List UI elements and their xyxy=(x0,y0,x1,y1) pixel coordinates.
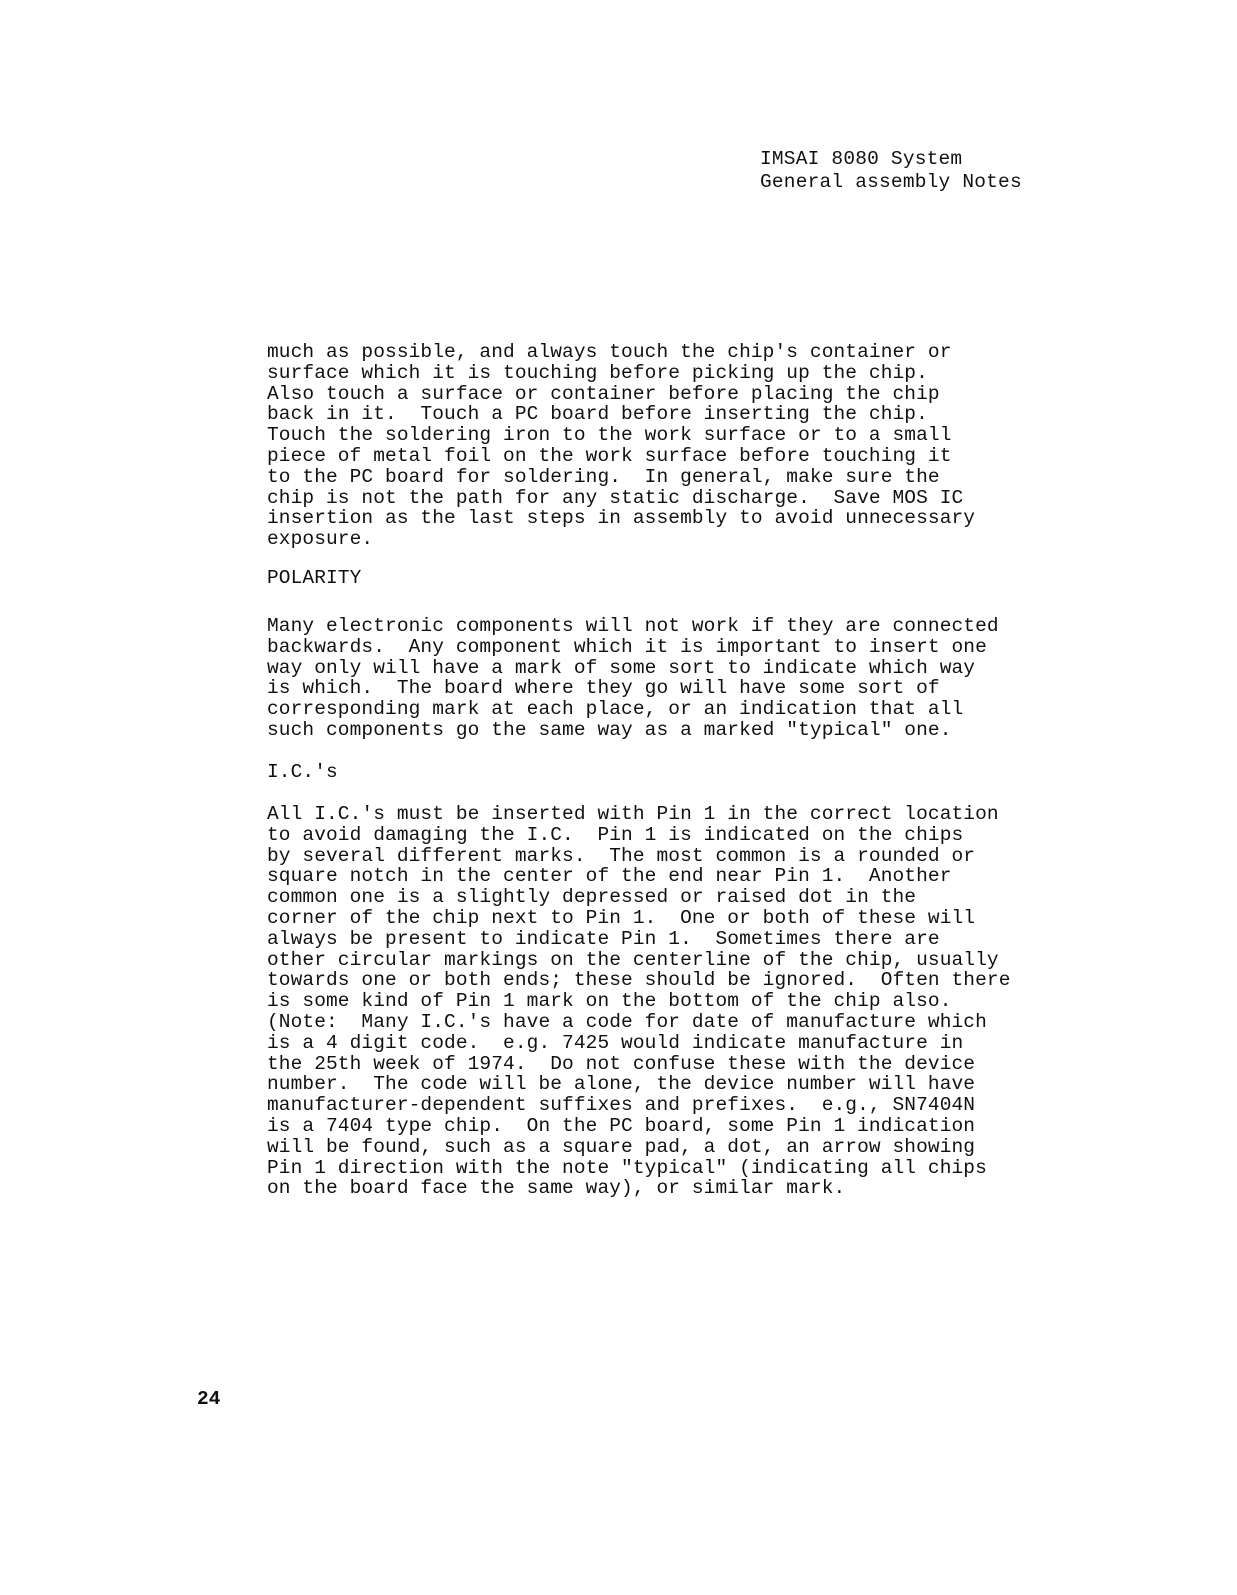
text-line: chip is not the path for any static disc… xyxy=(267,488,975,509)
page-number: 24 xyxy=(197,1388,220,1410)
text-line: Many electronic components will not work… xyxy=(267,616,999,637)
text-line: is a 7404 type chip. On the PC board, so… xyxy=(267,1116,1011,1137)
paragraph-ics: All I.C.'s must be inserted with Pin 1 i… xyxy=(267,804,1011,1199)
text-line: surface which it is touching before pick… xyxy=(267,363,975,384)
text-line: common one is a slightly depressed or ra… xyxy=(267,887,1011,908)
paragraph-polarity: Many electronic components will not work… xyxy=(267,616,999,741)
section-heading-polarity: POLARITY xyxy=(267,568,361,589)
text-line: is a 4 digit code. e.g. 7425 would indic… xyxy=(267,1033,1011,1054)
text-line: to the PC board for soldering. In genera… xyxy=(267,467,975,488)
text-line: manufacturer-dependent suffixes and pref… xyxy=(267,1095,1011,1116)
text-line: way only will have a mark of some sort t… xyxy=(267,658,999,679)
text-line: is some kind of Pin 1 mark on the bottom… xyxy=(267,991,1011,1012)
running-header: IMSAI 8080 System General assembly Notes xyxy=(760,148,1022,194)
text-line: Also touch a surface or container before… xyxy=(267,384,975,405)
paragraph-static-precautions: much as possible, and always touch the c… xyxy=(267,342,975,550)
text-line: the 25th week of 1974. Do not confuse th… xyxy=(267,1054,1011,1075)
text-line: Touch the soldering iron to the work sur… xyxy=(267,425,975,446)
document-page: IMSAI 8080 System General assembly Notes… xyxy=(0,0,1237,1595)
text-line: piece of metal foil on the work surface … xyxy=(267,446,975,467)
text-line: number. The code will be alone, the devi… xyxy=(267,1074,1011,1095)
text-line: other circular markings on the centerlin… xyxy=(267,950,1011,971)
text-line: to avoid damaging the I.C. Pin 1 is indi… xyxy=(267,825,1011,846)
text-line: backwards. Any component which it is imp… xyxy=(267,637,999,658)
text-line: much as possible, and always touch the c… xyxy=(267,342,975,363)
text-line: such components go the same way as a mar… xyxy=(267,720,999,741)
text-line: square notch in the center of the end ne… xyxy=(267,866,1011,887)
heading-text: POLARITY xyxy=(267,568,361,589)
section-heading-ics: I.C.'s xyxy=(267,762,338,783)
text-line: always be present to indicate Pin 1. Som… xyxy=(267,929,1011,950)
header-title: IMSAI 8080 System xyxy=(760,148,1022,171)
text-line: corresponding mark at each place, or an … xyxy=(267,699,999,720)
text-line: will be found, such as a square pad, a d… xyxy=(267,1137,1011,1158)
text-line: insertion as the last steps in assembly … xyxy=(267,508,975,529)
text-line: back in it. Touch a PC board before inse… xyxy=(267,404,975,425)
text-line: corner of the chip next to Pin 1. One or… xyxy=(267,908,1011,929)
text-line: All I.C.'s must be inserted with Pin 1 i… xyxy=(267,804,1011,825)
text-line: is which. The board where they go will h… xyxy=(267,678,999,699)
text-line: towards one or both ends; these should b… xyxy=(267,970,1011,991)
text-line: on the board face the same way), or simi… xyxy=(267,1178,1011,1199)
heading-text: I.C.'s xyxy=(267,762,338,783)
text-line: Pin 1 direction with the note "typical" … xyxy=(267,1158,1011,1179)
text-line: (Note: Many I.C.'s have a code for date … xyxy=(267,1012,1011,1033)
header-subtitle: General assembly Notes xyxy=(760,171,1022,194)
text-line: by several different marks. The most com… xyxy=(267,846,1011,867)
text-line: exposure. xyxy=(267,529,975,550)
